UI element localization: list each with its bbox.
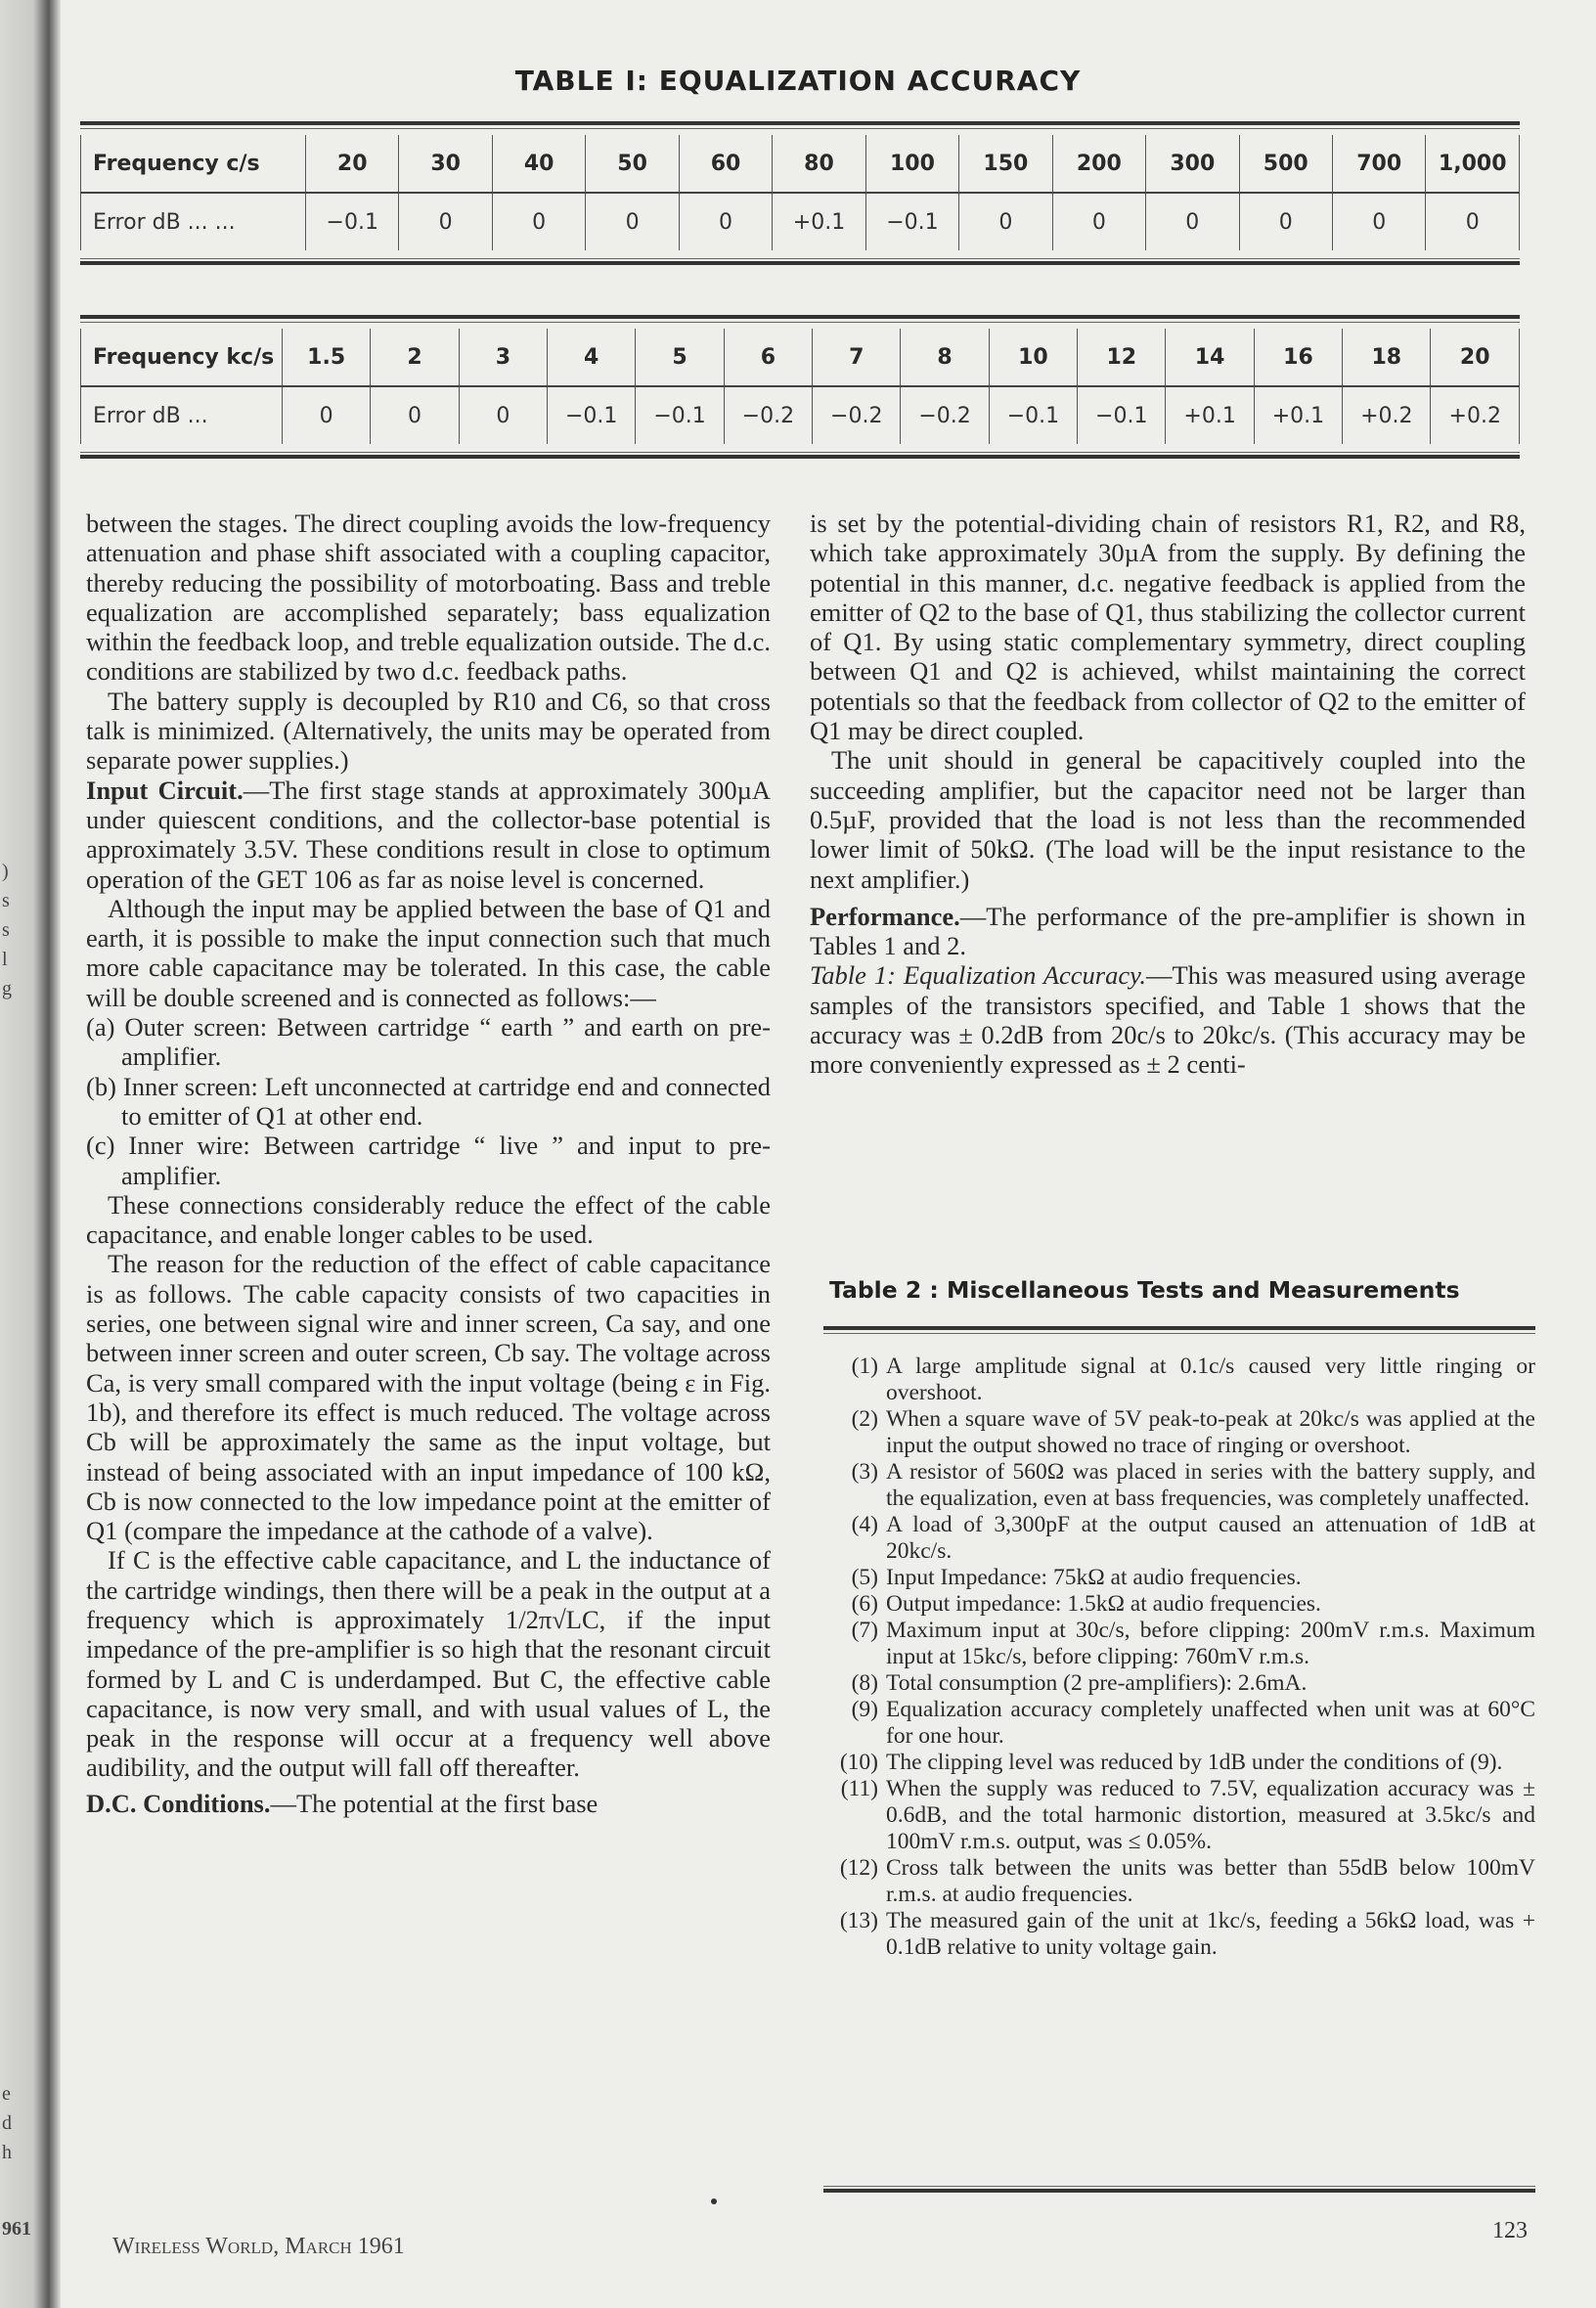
table2-item: (6)Output impedance: 1.5kΩ at audio freq… (827, 1591, 1535, 1618)
gutter-fragment: g (2, 978, 12, 1000)
table2-item: (2)When a square wave of 5V peak-to-peak… (827, 1406, 1535, 1459)
table-cell: −0.2 (724, 386, 812, 444)
paragraph: Performance.—The performance of the pre-… (810, 902, 1526, 961)
table-cell: 0 (959, 193, 1052, 250)
item-text: Input Impedance: 75kΩ at audio frequenci… (886, 1565, 1535, 1591)
left-column: between the stages. The direct coupling … (86, 509, 771, 1818)
table-cell: 40 (492, 135, 585, 193)
item-number: (6) (827, 1591, 886, 1618)
table-cell: 4 (548, 329, 636, 386)
publication-footer: Wireless World, March 1961 (112, 2234, 405, 2260)
item-number: (8) (827, 1670, 886, 1697)
section-heading: Table 1: Equalization Accuracy. (810, 960, 1146, 990)
row-label: Error dB ... (81, 386, 283, 444)
item-number: (1) (827, 1354, 886, 1406)
row-label: Frequency kc/s (81, 329, 283, 386)
table-cell: −0.1 (989, 386, 1077, 444)
table-row: Error dB ... 000−0.1−0.1−0.2−0.2−0.2−0.1… (81, 386, 1520, 444)
rule (80, 322, 1520, 323)
item-text: A resistor of 560Ω was placed in series … (886, 1459, 1535, 1512)
gutter-fragment: ) (2, 861, 9, 883)
list-item: (c) Inner wire: Between cartridge “ live… (86, 1131, 771, 1190)
table-cell: 0 (399, 193, 492, 250)
right-column: is set by the potential-dividing chain o… (810, 509, 1526, 1080)
table-cell: −0.2 (901, 386, 989, 444)
table2-item: (13)The measured gain of the unit at 1kc… (827, 1908, 1535, 1961)
item-text: The measured gain of the unit at 1kc/s, … (886, 1908, 1535, 1961)
table-cell: −0.2 (813, 386, 901, 444)
item-text: Maximum input at 30c/s, before clipping:… (886, 1618, 1535, 1670)
item-text: A large amplitude signal at 0.1c/s cause… (886, 1354, 1535, 1406)
table-cell: 30 (399, 135, 492, 193)
row-label: Error dB ... ... (81, 193, 306, 250)
table2-item: (8)Total consumption (2 pre-amplifiers):… (827, 1670, 1535, 1697)
table-cell: 0 (586, 193, 679, 250)
table-cell: 20 (306, 135, 399, 193)
paragraph: The unit should in general be capacitive… (810, 745, 1526, 893)
rule (80, 258, 1520, 259)
page-number: 123 (1492, 2218, 1528, 2244)
table2-item: (4)A load of 3,300pF at the output cause… (827, 1512, 1535, 1565)
table1-title: TABLE I: EQUALIZATION ACCURACY (0, 65, 1596, 97)
table2-item: (1)A large amplitude signal at 0.1c/s ca… (827, 1354, 1535, 1406)
table-row: Error dB ... ... −0.10000+0.1−0.1000000 (81, 193, 1520, 250)
item-text: Output impedance: 1.5kΩ at audio frequen… (886, 1591, 1535, 1618)
table-cell: 500 (1239, 135, 1332, 193)
item-text: The clipping level was reduced by 1dB un… (886, 1750, 1535, 1776)
table-cell: 10 (989, 329, 1077, 386)
gutter-fragment: l (2, 949, 8, 971)
paragraph: If C is the effective cable capacitance,… (86, 1545, 771, 1782)
item-text: A load of 3,300pF at the output caused a… (886, 1512, 1535, 1565)
table-cell: +0.1 (1166, 386, 1254, 444)
section-heading: Performance. (810, 902, 960, 931)
table-cell: 80 (773, 135, 865, 193)
table-cell: +0.1 (1254, 386, 1342, 444)
rule (80, 261, 1520, 265)
table-cell: 3 (459, 329, 547, 386)
table2-title: Table 2 : Miscellaneous Tests and Measur… (829, 1276, 1460, 1304)
item-number: (10) (827, 1750, 886, 1776)
table1-part1: Frequency c/s 20304050608010015020030050… (80, 121, 1520, 265)
table-cell: 0 (371, 386, 459, 444)
gutter-fragment: d (2, 2112, 12, 2135)
paragraph: Table 1: Equalization Accuracy.—This was… (810, 960, 1526, 1079)
table-cell: 7 (813, 329, 901, 386)
item-number: (13) (827, 1908, 886, 1961)
table2-top-rule (823, 1326, 1535, 1334)
table-cell: 1.5 (283, 329, 371, 386)
item-text: Cross talk between the units was better … (886, 1855, 1535, 1908)
item-number: (7) (827, 1618, 886, 1670)
section-heading: Input Circuit. (86, 776, 244, 805)
table-cell: −0.1 (548, 386, 636, 444)
paragraph: The reason for the reduction of the effe… (86, 1249, 771, 1545)
paragraph: The battery supply is decoupled by R10 a… (86, 687, 771, 776)
table2-item: (5)Input Impedance: 75kΩ at audio freque… (827, 1565, 1535, 1591)
table-cell: 0 (1239, 193, 1332, 250)
table2-item: (11)When the supply was reduced to 7.5V,… (827, 1776, 1535, 1855)
table2-list: (1)A large amplitude signal at 0.1c/s ca… (827, 1354, 1535, 1961)
table-cell: 100 (865, 135, 958, 193)
rule (80, 452, 1520, 453)
table-cell: 6 (724, 329, 812, 386)
item-number: (3) (827, 1459, 886, 1512)
table2-item: (9)Equalization accuracy completely unaf… (827, 1697, 1535, 1750)
table-cell: +0.2 (1431, 386, 1520, 444)
table-cell: 200 (1052, 135, 1145, 193)
table-cell: −0.1 (636, 386, 724, 444)
table-cell: 14 (1166, 329, 1254, 386)
table-cell: 0 (459, 386, 547, 444)
paragraph: is set by the potential-dividing chain o… (810, 509, 1526, 745)
table-cell: 300 (1146, 135, 1239, 193)
table-cell: 0 (1426, 193, 1520, 250)
item-text: When the supply was reduced to 7.5V, equ… (886, 1776, 1535, 1855)
paragraph: Although the input may be applied betwee… (86, 894, 771, 1012)
table-cell: 5 (636, 329, 724, 386)
item-number: (11) (827, 1776, 886, 1855)
table2-bottom-rule (823, 2183, 1535, 2193)
table-cell: 0 (679, 193, 772, 250)
item-text: Total consumption (2 pre-amplifiers): 2.… (886, 1670, 1535, 1697)
item-number: (4) (827, 1512, 886, 1565)
item-number: (12) (827, 1855, 886, 1908)
table-header-row: Frequency c/s 20304050608010015020030050… (81, 135, 1520, 193)
gutter-fragment: h (2, 2142, 12, 2164)
gutter-fragment: s (2, 919, 10, 942)
item-number: (2) (827, 1406, 886, 1459)
list-item: (a) Outer screen: Between cartridge “ ea… (86, 1012, 771, 1072)
table2-item: (10)The clipping level was reduced by 1d… (827, 1750, 1535, 1776)
paragraph: Input Circuit.—The first stage stands at… (86, 776, 771, 894)
gutter-fragment: e (2, 2083, 11, 2106)
list-item: (b) Inner screen: Left unconnected at ca… (86, 1072, 771, 1132)
table1-part2: Frequency kc/s 1.52345678101214161820 Er… (80, 315, 1520, 459)
item-number: (5) (827, 1565, 886, 1591)
table-cell: 2 (371, 329, 459, 386)
table-cell: 1,000 (1426, 135, 1520, 193)
table-cell: 0 (1146, 193, 1239, 250)
table-cell: −0.1 (865, 193, 958, 250)
table-cell: 12 (1078, 329, 1166, 386)
paragraph: These connections considerably reduce th… (86, 1190, 771, 1250)
table-cell: 0 (283, 386, 371, 444)
item-text: Equalization accuracy completely unaffec… (886, 1697, 1535, 1750)
rule (80, 128, 1520, 129)
table-cell: 0 (492, 193, 585, 250)
table-cell: 0 (1332, 193, 1425, 250)
binding-gutter: ) s s l g e d h 961 (0, 0, 61, 2308)
table-cell: 700 (1332, 135, 1425, 193)
paragraph: D.C. Conditions.—The potential at the fi… (86, 1789, 771, 1818)
rule (80, 455, 1520, 459)
table2-item: (12)Cross talk between the units was bet… (827, 1855, 1535, 1908)
table-header-row: Frequency kc/s 1.52345678101214161820 (81, 329, 1520, 386)
row-label: Frequency c/s (81, 135, 306, 193)
printer-mark (711, 2198, 717, 2204)
gutter-fragment: 961 (2, 2218, 31, 2241)
item-text: When a square wave of 5V peak-to-peak at… (886, 1406, 1535, 1459)
table-cell: 150 (959, 135, 1052, 193)
table-cell: +0.2 (1343, 386, 1431, 444)
item-number: (9) (827, 1697, 886, 1750)
table-cell: +0.1 (773, 193, 865, 250)
gutter-fragment: s (2, 890, 10, 912)
table-cell: 8 (901, 329, 989, 386)
table-cell: −0.1 (1078, 386, 1166, 444)
table-cell: 50 (586, 135, 679, 193)
section-heading: D.C. Conditions. (86, 1789, 271, 1818)
table-cell: 0 (1052, 193, 1145, 250)
table-cell: 16 (1254, 329, 1342, 386)
table2-item: (7)Maximum input at 30c/s, before clippi… (827, 1618, 1535, 1670)
table2-item: (3)A resistor of 560Ω was placed in seri… (827, 1459, 1535, 1512)
table-cell: 20 (1431, 329, 1520, 386)
table-cell: 18 (1343, 329, 1431, 386)
rule (80, 121, 1520, 125)
table-cell: −0.1 (306, 193, 399, 250)
table-cell: 60 (679, 135, 772, 193)
rule (80, 315, 1520, 319)
paragraph: between the stages. The direct coupling … (86, 509, 771, 687)
